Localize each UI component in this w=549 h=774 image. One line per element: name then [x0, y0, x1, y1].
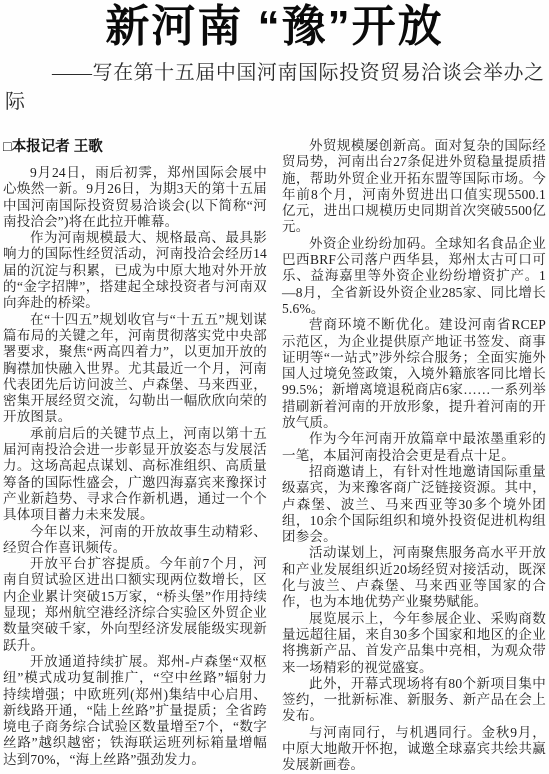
left-column: □本报记者 王歌 9月24日，雨后初霁，郑州国际会展中心焕然一新。9月26日，为… — [3, 138, 267, 774]
article-body: □本报记者 王歌 9月24日，雨后初霁，郑州国际会展中心焕然一新。9月26日，为… — [3, 138, 546, 774]
article-paragraph: 活动谋划上，河南聚焦服务高水平开放和产业发展组织近20场经贸对接活动，既深化与波… — [282, 545, 546, 610]
article-paragraph: 此外，开幕式现场将有80个新项目集中签约，一批新标准、新服务、新产品在会上发布。 — [282, 676, 546, 725]
article-paragraph: 在“十四五”规划收官与“十五五”规划谋篇布局的关键之年，河南贯彻落实党中央部署要… — [3, 312, 267, 426]
article-paragraph: 营商环境不断优化。建设河南省RCEP示范区，为企业提供原产地证书签发、商事证明等… — [282, 317, 546, 431]
right-column: 外贸规模屡创新高。面对复杂的国际经贸局势，河南出台27条促进外贸稳量提质措施，帮… — [282, 138, 546, 774]
article-paragraph: 开放平台扩容提质。今年前7个月，河南自贸试验区进出口额实现两位数增长，区内企业累… — [3, 556, 267, 654]
newspaper-article: 新河南 “豫”开放 ——写在第十五届中国河南国际投资贸易洽谈会举办之际 □本报记… — [0, 3, 549, 774]
article-paragraph: 与河南同行，与机遇同行。金秋9月，中原大地敞开怀抱，诚邀全球嘉宾共绘共赢发展新画… — [282, 725, 546, 774]
article-paragraph: 作为河南规模最大、规格最高、最具影响力的国际性经贸活动，河南投洽会经历14届的沉… — [3, 230, 267, 311]
article-paragraph: 开放通道持续扩展。郑州-卢森堡“双枢纽”模式成功复制推广，“空中丝路”辐射力持续… — [3, 654, 267, 768]
article-subtitle: ——写在第十五届中国河南国际投资贸易洽谈会举办之际 — [5, 59, 544, 117]
article-paragraph: 招商邀请上，有针对性地邀请国际重量级嘉宾，为来豫客商广泛链接资源。其中，卢森堡、… — [282, 464, 546, 545]
article-paragraph: 展览展示上，今年参展企业、采购商数量远超往届，来自30多个国家和地区的企业将携新… — [282, 611, 546, 676]
reporter-byline: □本报记者 王歌 — [3, 138, 267, 156]
article-paragraph: 9月24日，雨后初霁，郑州国际会展中心焕然一新。9月26日，为期3天的第十五届中… — [3, 165, 267, 230]
article-title: 新河南 “豫”开放 — [3, 3, 546, 50]
article-paragraph: 承前启后的关键节点上，河南以第十五届河南投洽会进一步彰显开放姿态与发展活力。这场… — [3, 426, 267, 524]
article-paragraph: 作为今年河南开放篇章中最浓墨重彩的一笔，本届河南投洽会更是看点十足。 — [282, 431, 546, 464]
article-paragraph: 今年以来，河南的开放故事生动精彩、经贸合作喜讯频传。 — [3, 524, 267, 557]
article-paragraph: 外贸规模屡创新高。面对复杂的国际经贸局势，河南出台27条促进外贸稳量提质措施，帮… — [282, 138, 546, 236]
article-paragraph: 外资企业纷纷加码。全球知名食品企业巴西BRF公司落户西华县，郑州太古可口可乐、益… — [282, 236, 546, 317]
